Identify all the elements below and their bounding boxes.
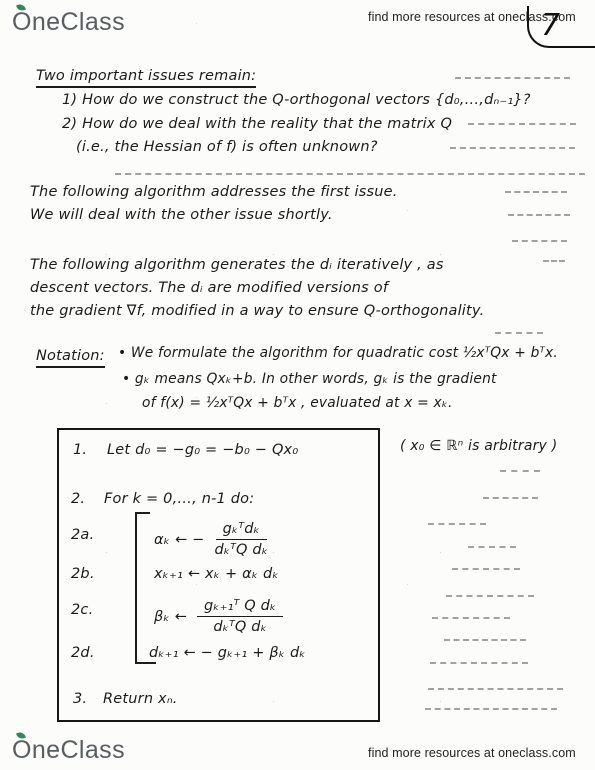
oneclass-footer-logo-text: OneClass	[12, 736, 125, 764]
step2b-text: xₖ₊₁ ← xₖ + αₖ dₖ	[154, 566, 279, 582]
step2c-numerator: gₖ₊₁ᵀ Q dₖ	[197, 597, 283, 617]
bleedthrough-mark	[512, 240, 567, 242]
step2b-label: 2b.	[71, 566, 95, 582]
notation-label: Notation:	[36, 348, 105, 368]
handwritten-page-number: 7	[541, 8, 560, 43]
step2c-formula: βₖ ← gₖ₊₁ᵀ Q dₖ dₖᵀQ dₖ	[154, 597, 283, 636]
paragraph2-line2: descent vectors. The dᵢ are modified ver…	[30, 280, 388, 296]
step2a-denominator: dₖᵀQ dₖ	[214, 540, 268, 559]
bleedthrough-mark	[444, 639, 526, 641]
algorithm-box: 1. Let d₀ = −g₀ = −b₀ − Qx₀ 2. For k = 0…	[57, 428, 380, 722]
paragraph1-line1: The following algorithm addresses the fi…	[30, 184, 398, 200]
bleedthrough-mark	[432, 617, 510, 619]
paragraph2-line1: The following algorithm generates the dᵢ…	[30, 257, 444, 273]
bleedthrough-mark	[428, 523, 486, 525]
issue-item-2-cont: (i.e., the Hessian of f) is often unknow…	[76, 139, 378, 155]
paragraph1-line2: We will deal with the other issue shortl…	[30, 207, 333, 223]
bleedthrough-mark	[430, 662, 528, 664]
page-corner-bracket	[527, 6, 595, 48]
issue-item-2: 2) How do we deal with the reality that …	[62, 116, 452, 132]
step2-text: For k = 0,…, n-1 do:	[104, 491, 254, 507]
step2a-label: 2a.	[71, 527, 94, 543]
notation-item-2: • gₖ means Qxₖ+b. In other words, gₖ is …	[122, 371, 497, 387]
step2-label: 2.	[71, 491, 85, 507]
paragraph2-line3: the gradient ∇f, modified in a way to en…	[30, 303, 484, 319]
step2c-lhs: βₖ ←	[154, 609, 187, 625]
oneclass-footer-logo: OneClass	[12, 736, 125, 765]
bleedthrough-mark	[450, 147, 575, 149]
footer-tagline-link[interactable]: find more resources at oneclass.com	[368, 746, 576, 760]
bleedthrough-mark	[428, 688, 563, 690]
bleedthrough-mark	[468, 546, 516, 548]
step2a-formula: αₖ ← − gₖᵀdₖ dₖᵀQ dₖ	[154, 520, 268, 559]
initial-point-annotation: ( x₀ ∈ ℝⁿ is arbitrary )	[400, 438, 557, 454]
step3-text: Return xₙ.	[103, 691, 178, 707]
section-title: Two important issues remain:	[36, 68, 256, 88]
bleedthrough-mark	[543, 260, 565, 262]
bleedthrough-mark	[468, 123, 576, 125]
notation-item-2-cont: of f(x) = ½xᵀQx + bᵀx , evaluated at x =…	[142, 395, 453, 411]
step2c-fraction: gₖ₊₁ᵀ Q dₖ dₖᵀQ dₖ	[197, 597, 283, 636]
step2a-numerator: gₖᵀdₖ	[216, 520, 267, 540]
scanned-note-page: OneClass find more resources at oneclass…	[0, 0, 595, 770]
step1-text: Let d₀ = −g₀ = −b₀ − Qx₀	[107, 442, 298, 458]
bleedthrough-mark	[500, 470, 540, 472]
step3-label: 3.	[73, 691, 87, 707]
bleedthrough-mark	[115, 173, 585, 175]
step1-label: 1.	[73, 442, 87, 458]
notation-item-1: • We formulate the algorithm for quadrat…	[118, 345, 558, 361]
bleedthrough-mark	[508, 214, 570, 216]
bleedthrough-mark	[455, 77, 570, 79]
step2a-lhs: αₖ ← −	[154, 532, 204, 548]
step2d-text: dₖ₊₁ ← − gₖ₊₁ + βₖ dₖ	[149, 645, 306, 661]
step2c-denominator: dₖᵀQ dₖ	[213, 617, 267, 636]
oneclass-logo: OneClass	[12, 8, 125, 37]
bleedthrough-mark	[495, 332, 543, 334]
bleedthrough-mark	[483, 497, 538, 499]
bleedthrough-mark	[452, 568, 520, 570]
oneclass-logo-text: OneClass	[12, 8, 125, 36]
step2a-fraction: gₖᵀdₖ dₖᵀQ dₖ	[214, 520, 268, 559]
bleedthrough-mark	[425, 708, 557, 710]
step2d-label: 2d.	[71, 645, 95, 661]
step2c-label: 2c.	[71, 602, 93, 618]
issue-item-1: 1) How do we construct the Q-orthogonal …	[62, 92, 531, 108]
loop-body-bracket	[135, 512, 155, 664]
bleedthrough-mark	[446, 595, 534, 597]
bleedthrough-mark	[505, 191, 567, 193]
